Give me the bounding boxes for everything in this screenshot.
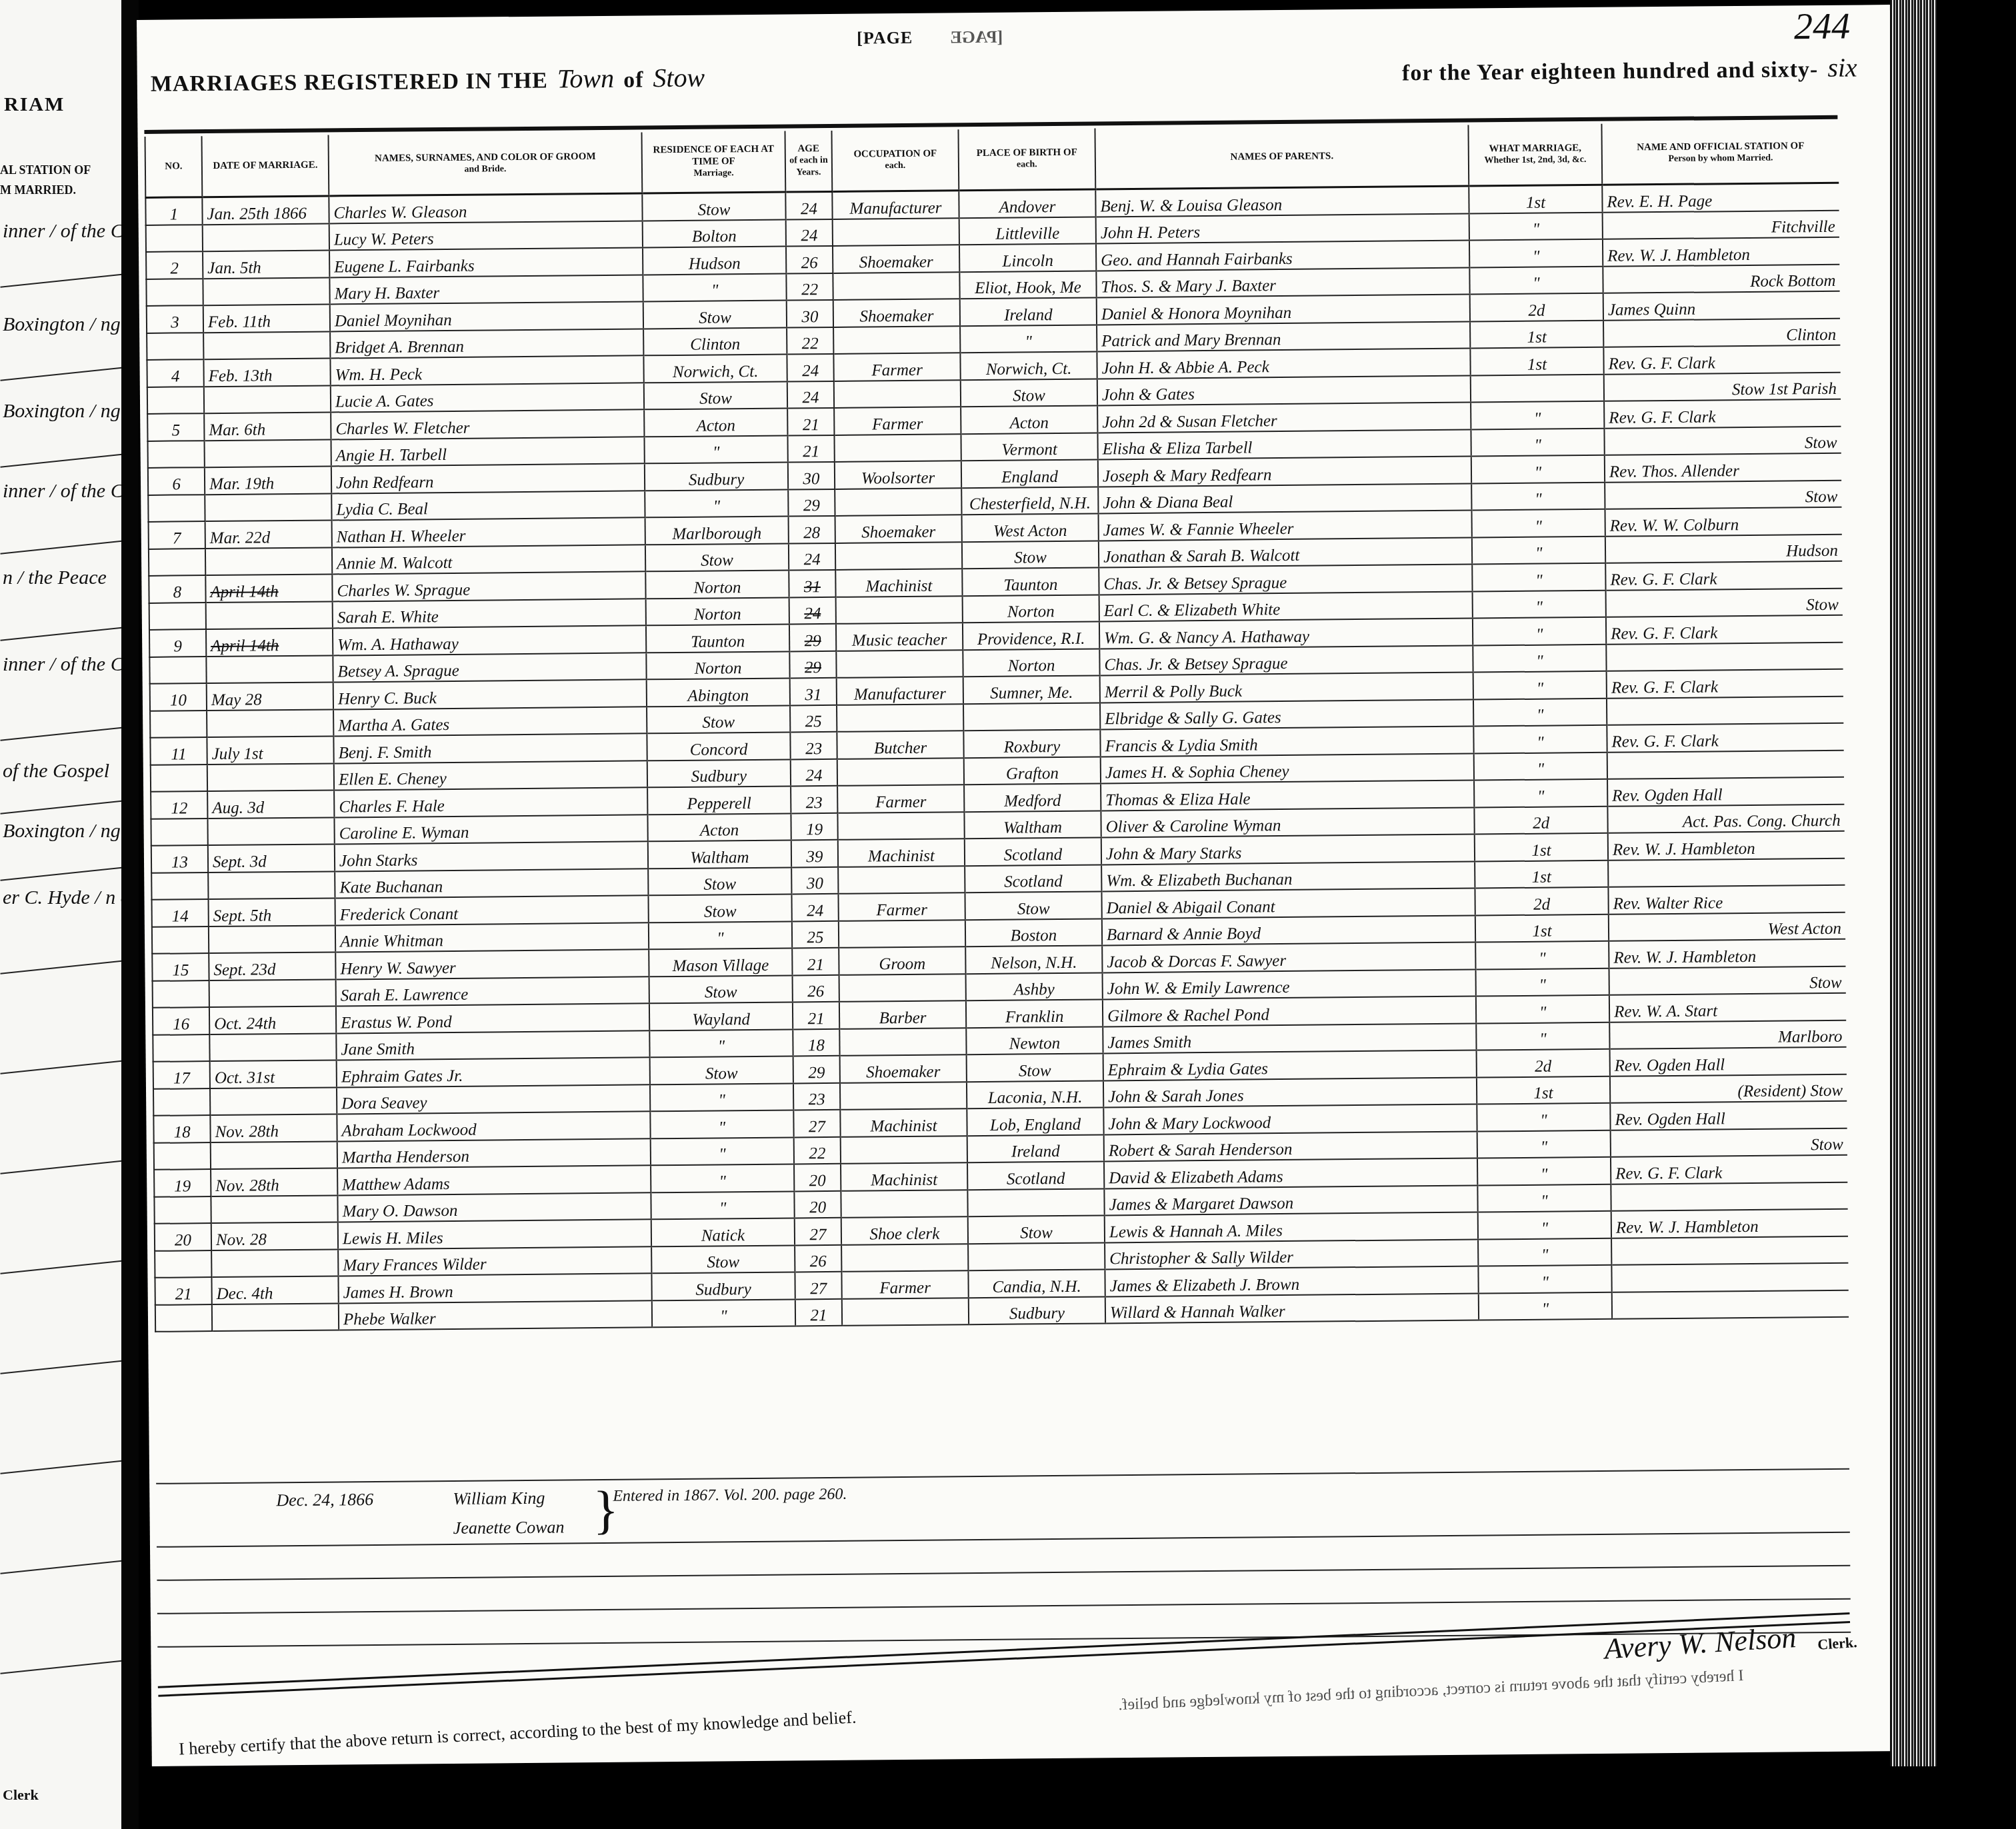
marriage-order: " [1477,1130,1611,1158]
officiant: Marlboro [1609,1020,1846,1049]
age: 18 [793,1028,839,1056]
party-name: Martha Henderson [337,1138,651,1168]
age: 27 [795,1218,841,1245]
officiant [1606,642,1843,671]
entry-number [153,1034,209,1062]
officiant: Rev. G. F. Clark [1603,345,1840,375]
book-gutter [121,0,139,1829]
officiant [1608,858,1845,887]
parents-names: John H. & Abbie A. Peck [1097,349,1470,379]
occupation: Farmer [834,407,961,435]
marriage-date: Oct. 31st [210,1060,337,1088]
facing-note: Boxington / ng. Church [3,820,125,843]
birthplace: West Acton [962,513,1099,541]
entry-number [146,279,203,306]
residence: " [644,435,787,463]
parents-names: John W. & Emily Lawrence [1103,969,1476,999]
residence: Pepperell [647,786,791,814]
page-title: MARRIAGES REGISTERED IN THE Town of Stow… [151,51,1858,119]
age: 25 [790,705,837,732]
occupation [834,380,961,408]
parents-names: Joseph & Mary Redfearn [1098,457,1471,487]
facing-clerk-label: Clerk [3,1786,39,1804]
marriage-order: " [1478,1211,1611,1239]
party-name: Benj. F. Smith [333,733,647,763]
marriage-date: Mar. 22d [205,520,332,548]
occupation: Barber [839,1000,966,1028]
parents-names: John & Mary Starks [1101,835,1475,865]
residence: Norton [646,597,789,625]
marriage-date: Nov. 28th [210,1114,337,1142]
parents-names: Wm. & Elizabeth Buchanan [1101,861,1475,891]
occupation [841,1136,967,1164]
party-name: Angie H. Tarbell [331,437,644,467]
officiant: Stow 1st Parish [1604,372,1841,401]
occupation: Groom [839,946,965,974]
entry-number: 19 [154,1169,211,1196]
marriage-order: " [1477,1184,1611,1212]
entry-number [151,873,208,900]
occupation [835,542,962,570]
entry-number: 14 [152,899,209,926]
age: 24 [785,191,832,219]
book-page-edges [1890,0,2016,1829]
entry-number: 13 [151,845,208,873]
occupation [839,920,965,948]
marriage-date [208,871,335,899]
age: 21 [787,408,834,435]
officiant: Rev. W. J. Hambleton [1609,939,1845,968]
officiant [1611,1263,1848,1292]
birthplace: Andover [959,189,1095,218]
age: 21 [795,1298,842,1326]
late-entry-groom: William King [453,1488,545,1509]
age: 26 [786,246,833,273]
marriage-date [206,601,333,629]
marriage-order: " [1469,239,1603,267]
birthplace: Providence, R.I. [963,621,1099,649]
parents-names: Robert & Sarah Henderson [1104,1131,1477,1161]
officiant: Rev. W. W. Colburn [1605,507,1841,537]
birthplace: Ashby [966,972,1103,1000]
residence: Clinton [643,327,787,355]
residence: Abington [647,678,790,706]
age: 23 [791,786,837,813]
entry-number [150,711,207,738]
parents-names: Willard & Hannah Walker [1105,1293,1479,1323]
officiant: Rev. W. A. Start [1609,993,1846,1022]
age: 30 [787,300,833,327]
birthplace: Sudbury [969,1296,1105,1324]
party-name: Annie Whitman [335,922,649,952]
marriage-date: Jan. 5th [203,250,329,278]
parents-names: John & Mary Lockwood [1103,1104,1477,1134]
occupation: Shoemaker [833,245,959,273]
parents-names: James & Elizabeth J. Brown [1105,1266,1478,1296]
age: 28 [789,516,835,543]
marriage-order: 1st [1475,914,1609,942]
entry-number: 4 [147,359,203,387]
facing-page-header: RIAM [4,93,65,116]
marriage-date [207,709,333,737]
certification-statement: I hereby certify that the above return i… [179,1708,857,1760]
marriage-date: Oct. 24th [209,1006,336,1034]
officiant [1607,750,1844,779]
title-year-prefix: for the Year eighteen hundred and sixty- [1402,57,1819,86]
occupation: Shoemaker [833,299,960,327]
occupation: Butcher [837,731,963,759]
marriage-order [1471,374,1604,402]
occupation [837,704,963,732]
page-marker-bleedthrough: [PAGE [950,27,1003,48]
marriage-order: 1st [1470,347,1603,375]
party-name: Matthew Adams [337,1165,651,1195]
entry-number: 16 [153,1007,209,1034]
birthplace: Stow [967,1053,1103,1081]
page-edge-texture [1890,0,1937,1766]
officiant: Rev. Ogden Hall [1607,777,1844,807]
marriage-date: Dec. 4th [211,1276,338,1304]
residence: Stow [643,301,787,329]
marriage-order: " [1477,1157,1611,1185]
parents-names: Jonathan & Sarah B. Walcott [1099,537,1472,567]
page-marker: [PAGE [857,28,913,49]
party-name: Lewis H. Miles [338,1219,651,1249]
age: 29 [789,651,836,678]
party-name: Lucy W. Peters [329,221,643,251]
age: 29 [793,1056,840,1083]
facing-note: inner / of the Christian Church [3,480,125,503]
marriage-order: 2d [1475,887,1608,915]
parents-names: Benj. W. & Louisa Gleason [1095,186,1469,217]
officiant: Rev. G. F. Clark [1611,1155,1847,1184]
entry-number [148,441,205,468]
party-name: Sarah E. White [333,599,646,629]
age: 21 [793,1002,839,1029]
officiant: Rev. Walter Rice [1608,885,1845,914]
marriage-order: " [1473,698,1607,726]
residence: Norwich, Ct. [643,355,787,383]
facing-note: inner / of the Christian Church [3,220,125,243]
marriage-order: " [1474,752,1607,780]
entry-number: 8 [149,575,205,603]
residence: Stow [644,381,787,409]
marriage-date: Sept. 5th [209,898,335,926]
marriage-order: " [1472,563,1605,591]
facing-note: Boxington / ng. Church [3,313,125,336]
parents-names: John & Sarah Jones [1103,1077,1477,1107]
parents-names: Jacob & Dorcas F. Sawyer [1102,942,1475,972]
marriage-date: Feb. 13th [203,358,330,386]
late-entry-note: Entered in 1867. Vol. 200. page 260. [613,1486,847,1506]
birthplace: Scotland [965,837,1101,865]
marriage-order: " [1478,1238,1611,1266]
marriage-register-table: No. Date of Marriage. Names, Surnames, a… [145,122,1849,1332]
col-header-names: Names, Surnames, and Color of Groomand B… [329,132,643,196]
entry-number: 1 [145,197,202,225]
entry-number [153,980,209,1008]
marriage-date: Feb. 11th [203,304,330,332]
party-name: Jane Smith [336,1030,649,1060]
parents-names: John 2d & Susan Fletcher [1097,403,1471,433]
marriage-order: " [1471,455,1605,483]
birthplace: Vermont [961,433,1097,461]
party-name: Caroline E. Wyman [334,815,647,845]
marriage-order: " [1478,1265,1611,1293]
occupation [833,326,960,354]
marriage-date [207,817,334,845]
party-name: Lucie A. Gates [331,383,644,413]
marriage-order: 2d [1474,806,1607,834]
marriage-date: Aug. 3d [207,790,334,818]
col-header-age: Ageof each in Years. [785,131,832,192]
residence: Sudbury [645,463,788,491]
col-header-birthplace: Place of Birth ofeach. [958,128,1095,190]
party-name: Frederick Conant [335,895,649,925]
parents-names: Gilmore & Rachel Pond [1103,996,1476,1026]
late-entry-bride: Jeanette Cowan [453,1517,565,1538]
party-name: Bridget A. Brennan [330,329,643,359]
late-entry-date: Dec. 24, 1866 [276,1490,373,1510]
marriage-date [205,547,332,575]
entry-number [149,603,206,630]
age: 39 [791,840,838,867]
marriage-date [209,1033,336,1061]
residence: Stow [647,705,790,733]
occupation [838,866,965,894]
marriage-order: 1st [1477,1076,1610,1104]
marriage-date [207,763,334,791]
birthplace: Newton [966,1026,1103,1054]
marriage-order: " [1473,644,1606,672]
marriage-order: " [1475,941,1609,969]
party-name: John Starks [335,841,648,871]
party-name: John Redfearn [331,463,645,493]
entry-number: 5 [147,413,204,441]
col-header-no: No. [145,136,203,197]
birthplace: Eliot, Hook, Me [959,271,1096,299]
marriage-order: 2d [1477,1049,1610,1077]
residence: " [650,1110,793,1138]
parents-names: James Smith [1103,1023,1476,1053]
residence: Marlborough [645,516,789,544]
occupation: Music teacher [836,623,963,651]
parents-names: Francis & Lydia Smith [1100,727,1473,757]
entry-number: 9 [149,629,206,657]
officiant: Rev. Thos. Allender [1605,453,1841,483]
entry-number: 2 [146,251,203,279]
marriage-order: " [1469,212,1603,240]
occupation: Farmer [838,893,965,920]
register-body: 1Jan. 25th 1866Charles W. GleasonStow24M… [145,183,1849,1332]
officiant: Rev. W. J. Hambleton [1611,1209,1848,1238]
parents-names: Barnard & Annie Boyd [1102,915,1475,945]
residence: Norton [645,570,789,598]
parents-names: John & Diana Beal [1098,483,1471,513]
facing-page-fragment: RIAM AL STATION OF M MARRIED. inner / of… [0,0,125,1829]
entry-number [153,1088,210,1116]
officiant: Rev. W. J. Hambleton [1608,831,1845,861]
title-town-type: Town [557,63,615,95]
officiant: Stow [1605,480,1841,509]
marriage-date: Jan. 25th 1866 [202,196,329,225]
col-header-occupation: Occupation ofeach. [831,129,959,191]
party-name: Martha A. Gates [333,707,647,737]
officiant: Rev. G. F. Clark [1607,723,1843,753]
parents-names: Merril & Polly Buck [1100,673,1473,703]
age: 23 [790,732,837,759]
age: 23 [793,1082,840,1110]
parents-names: Daniel & Abigail Conant [1101,889,1475,918]
age: 22 [794,1136,841,1164]
col-header-what-marriage: What Marriage,Whether 1st, 2nd, 3d, &c. [1468,124,1602,186]
party-name: Charles W. Sprague [332,571,645,601]
marriage-date: Nov. 28 [211,1222,338,1250]
birthplace: Ireland [967,1134,1104,1162]
parents-names: Patrick and Mary Brennan [1097,321,1470,351]
birthplace [968,1242,1105,1270]
marriage-date [211,1249,338,1277]
residence: Concord [647,732,790,760]
marriage-order: " [1477,1103,1610,1131]
entry-number [148,495,205,522]
parents-names: Geo. and Hannah Fairbanks [1096,241,1469,271]
party-name: James H. Brown [338,1273,651,1303]
marriage-order: " [1476,995,1609,1023]
residence: " [651,1137,794,1165]
age: 26 [793,974,839,1002]
party-name: Wm. H. Peck [330,355,643,385]
parents-names: Thomas & Eliza Hale [1101,781,1474,811]
occupation: Woolsorter [835,461,961,489]
occupation [834,434,961,462]
occupation [839,1028,966,1056]
facing-note: Boxington / ng. Church [3,400,125,423]
marriage-order: " [1471,401,1604,429]
age: 20 [794,1190,841,1218]
parents-names: Daniel & Honora Moynihan [1097,295,1470,325]
residence: Wayland [649,1002,793,1030]
party-name: Kate Buchanan [335,869,648,899]
birthplace [967,1188,1104,1216]
residence: " [652,1299,795,1327]
officiant: Stow [1609,966,1845,995]
entry-number [155,1304,212,1332]
marriage-date: Mar. 19th [205,466,331,494]
entry-number [147,387,204,414]
age: 25 [792,920,839,948]
birthplace: Sumner, Me. [963,675,1100,703]
party-name: Charles F. Hale [334,787,647,817]
entry-number [154,1142,211,1170]
party-name: Mary Frances Wilder [338,1246,651,1276]
occupation [833,272,959,300]
party-name: Henry W. Sawyer [335,949,649,979]
marriage-date: April 14th [206,628,333,656]
party-name: Wm. A. Hathaway [333,625,646,655]
residence: Stow [645,543,789,571]
col-header-date: Date of Marriage. [202,135,329,197]
party-name: Mary H. Baxter [329,275,643,305]
age: 19 [791,813,837,840]
birthplace: Boston [965,918,1102,946]
occupation: Shoemaker [835,515,962,543]
party-name: Betsey A. Sprague [333,653,646,683]
facing-note: inner / of the Christian Church [3,653,125,676]
occupation [833,218,959,246]
age: 21 [787,435,834,462]
age: 24 [791,759,837,786]
birthplace: Norton [963,649,1099,677]
marriage-order: " [1472,536,1605,564]
entry-number: 17 [153,1061,210,1088]
residence: Acton [644,409,787,437]
age: 29 [789,624,836,651]
entry-number [151,819,207,846]
officiant: Clinton [1603,318,1840,347]
parents-names: Earl C. & Elizabeth White [1099,591,1473,621]
marriage-order: " [1469,266,1603,294]
occupation: Machinist [840,1108,967,1136]
marriage-order: " [1471,428,1604,456]
age: 24 [791,894,838,921]
parents-names: James H. & Sophia Cheney [1101,753,1474,783]
marriage-order: " [1476,968,1609,996]
birthplace: " [960,325,1097,353]
officiant: Rev. W. J. Hambleton [1603,237,1839,267]
parents-names: John H. Peters [1096,213,1469,243]
birthplace: Taunton [962,567,1099,595]
entry-number [154,1196,211,1224]
title-town: Stow [653,62,705,94]
birthplace: Stow [968,1215,1105,1243]
entry-number [151,765,207,792]
officiant: James Quinn [1603,291,1840,321]
marriage-order: 1st [1470,320,1603,348]
marriage-date [209,979,336,1007]
entry-number: 15 [152,953,209,980]
residence: Waltham [648,840,791,868]
party-name: Abraham Lockwood [337,1111,650,1141]
officiant: Rev. E. H. Page [1602,183,1839,212]
certification-bleedthrough: I hereby certify that the above return i… [1118,1667,1744,1714]
parents-names: Chas. Jr. & Betsey Sprague [1099,645,1473,675]
late-entry: Dec. 24, 1866 William King Jeanette Cowa… [276,1478,1143,1552]
entry-number: 12 [151,791,207,819]
party-name: Mary O. Dawson [337,1192,651,1222]
birthplace: Lob, England [967,1107,1103,1135]
age: 29 [788,489,835,516]
birthplace: Ireland [960,297,1097,325]
marriage-order: " [1473,590,1606,618]
marriage-date [211,1141,337,1169]
occupation: Machinist [835,569,962,597]
officiant [1607,696,1843,725]
party-name: Nathan H. Wheeler [332,517,645,547]
officiant [1612,1290,1849,1319]
marriage-date [209,925,335,953]
birthplace: Littleville [959,217,1096,245]
marriage-order: " [1473,725,1607,753]
officiant: Stow [1611,1128,1847,1157]
party-name: Charles W. Gleason [329,193,642,223]
marriage-date: Nov. 28th [211,1168,337,1196]
marriage-order: 1st [1475,833,1608,861]
officiant: Hudson [1605,534,1842,563]
residence: Stow [650,1056,793,1084]
occupation [842,1298,969,1326]
entry-number: 6 [148,467,205,495]
